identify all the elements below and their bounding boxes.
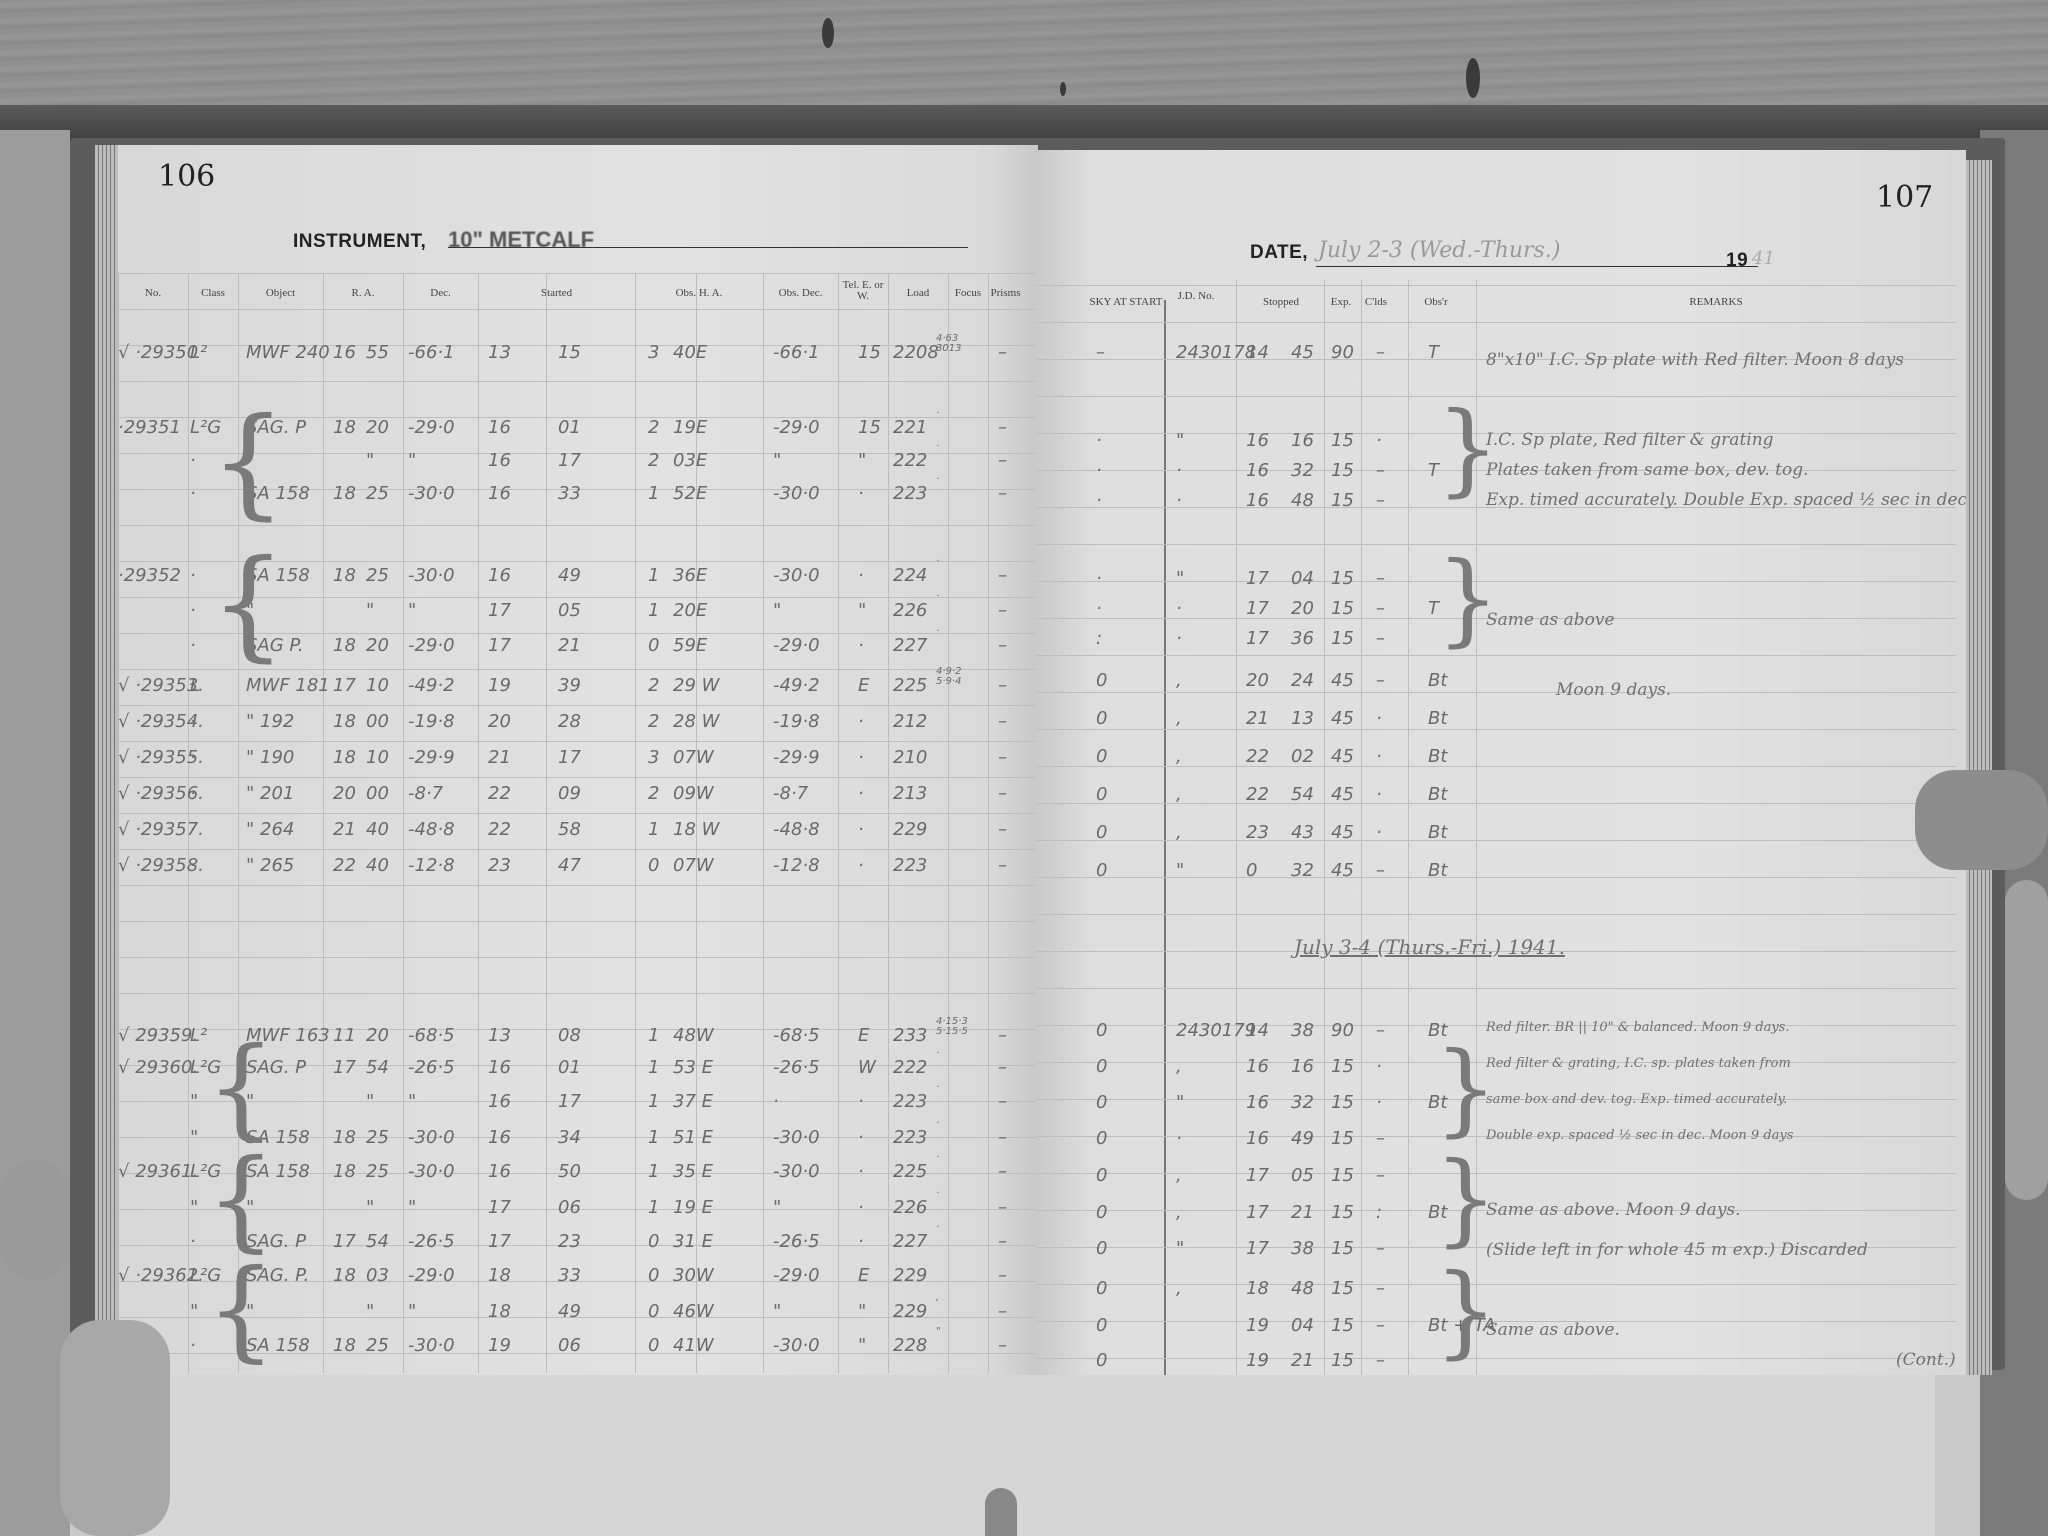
cell-ha-h: 1 [648,565,659,586]
cell-ha-m: 37 E [673,1091,713,1112]
cell-st-h: 13 [488,1025,511,1046]
cell-ha-m: 19E [673,417,707,438]
cell-obsr: Bt [1428,708,1447,729]
cell-prisms: – [998,565,1007,586]
year-prefix: 19 [1726,250,1748,272]
cell-exp: 45 [1331,784,1354,805]
column-header: Started [478,288,635,299]
cell-no: ·29352 [118,565,181,586]
cell-clds: – [1376,1128,1385,1149]
cell-clds: · [1376,746,1382,767]
cell-ra-h: 22 [333,855,356,876]
cell-clds: – [1376,1278,1385,1299]
cell-sp-m: 05 [1291,1165,1314,1186]
cell-sp-m: 32 [1291,860,1314,881]
cell-class: · [190,819,196,840]
group-brace: } [1436,540,1500,657]
cell-clds: – [1376,1165,1385,1186]
grid-line [1036,840,1956,841]
cell-prisms: – [998,1265,1007,1286]
cell-st-m: 58 [558,819,581,840]
cell-sp-m: 20 [1291,598,1314,619]
grid-line [118,381,1038,382]
cell-obsr: Bt [1428,822,1447,843]
cell-ra-m: 25 [366,1161,389,1182]
cell-tel: E [858,1265,869,1286]
cell-tel: · [858,819,864,840]
cell-dec: -8·7 [408,783,443,804]
cell-st-m: 09 [558,783,581,804]
cell-prisms: – [998,342,1007,363]
cell-focus: · [936,1049,976,1059]
column-header: Exp. [1326,296,1356,308]
cell-load: 228 [893,1335,927,1356]
cell-ha-m: 35 E [673,1161,713,1182]
grid-line [838,273,839,1373]
grid-line [1036,803,1956,804]
group-brace: { [210,393,286,532]
cell-st-m: 08 [558,1025,581,1046]
cell-ha-h: 0 [648,1265,659,1286]
cell-exp: 15 [1331,1238,1354,1259]
cell-obsr: Bt [1428,670,1447,691]
remark-line: Same as above [1486,610,1615,630]
cell-jd: · [1176,460,1182,481]
cell-clds: · [1376,822,1382,843]
cell-obs-dec: -48·8 [773,819,820,840]
cell-st-m: 34 [558,1127,581,1148]
cell-dec: " [408,600,416,621]
cell-tel: · [858,855,864,876]
column-header: Tel. E. or W. [838,280,888,302]
grid-line [1036,692,1956,693]
cell-tel: " [858,600,866,621]
cell-class: · [190,747,196,768]
column-header: Dec. [403,288,478,299]
section-date: July 3-4 (Thurs.-Fri.) 1941. [1294,935,1565,959]
cell-load: 212 [893,711,927,732]
cell-obs-dec: -26·5 [773,1231,820,1252]
cell-st-h: 16 [488,1057,511,1078]
cell-sky: : [1096,628,1102,649]
cell-ra-m: 03 [366,1265,389,1286]
cell-ra-h: 21 [333,819,356,840]
cell-ra-m: " [366,600,374,621]
column-header: J.D. No. [1156,290,1236,302]
cell-tel: " [858,1301,866,1322]
cell-sky: – [1096,342,1105,363]
cell-sp-m: 38 [1291,1238,1314,1259]
cell-st-h: 21 [488,747,511,768]
cell-ha-m: 51 E [673,1127,713,1148]
cell-st-h: 17 [488,1231,511,1252]
cell-jd: 2430178 [1176,342,1256,363]
cell-obs-dec: -68·5 [773,1025,820,1046]
cell-jd: · [1176,490,1182,511]
cell-obs-dec: " [773,450,781,471]
cell-tel: · [858,1091,864,1112]
cell-ra-m: 25 [366,565,389,586]
cell-tel: · [858,1161,864,1182]
cell-tel: · [858,783,864,804]
cell-clds: – [1376,568,1385,589]
grid-line [546,273,547,1373]
cell-sky: · [1096,598,1102,619]
cell-sp-h: 17 [1246,1202,1269,1223]
cell-focus: 4·15·3 5·15·5 [936,1017,976,1037]
page-number: 106 [158,159,215,194]
cell-class: · [190,855,196,876]
cell-obsr: Bt [1428,784,1447,805]
cell-dec: -26·5 [408,1057,455,1078]
cell-dec: -29·0 [408,635,455,656]
cell-jd: " [1176,1092,1184,1113]
cell-exp: 15 [1331,1056,1354,1077]
page-number: 107 [1876,180,1933,215]
cell-load: 227 [893,1231,927,1252]
cell-ha-m: 48W [673,1025,714,1046]
cell-clds: – [1376,628,1385,649]
cell-prisms: – [998,635,1007,656]
cell-obs-dec: -30·0 [773,1161,820,1182]
cell-focus: · [936,1223,976,1233]
cell-exp: 15 [1331,430,1354,451]
cell-exp: 15 [1331,1165,1354,1186]
cell-tel: " [858,450,866,471]
cell-obs-dec: " [773,1197,781,1218]
cell-sp-h: 16 [1246,430,1269,451]
grid-line [1036,285,1956,286]
cell-sp-h: 21 [1246,708,1269,729]
cell-prisms: – [998,483,1007,504]
cell-exp: 45 [1331,822,1354,843]
cell-st-m: 06 [558,1197,581,1218]
cell-clds: · [1376,708,1382,729]
cell-load: 222 [893,1057,927,1078]
cell-load: 223 [893,1091,927,1112]
cell-sp-h: 17 [1246,1165,1269,1186]
cell-class: · [190,711,196,732]
group-brace: } [1434,1140,1498,1257]
grid-line [1036,322,1956,323]
cell-dec: -26·5 [408,1231,455,1252]
grid-line [1036,729,1956,730]
cell-dec: -30·0 [408,565,455,586]
cell-class: · [190,600,196,621]
cell-prisms: – [998,1057,1007,1078]
cell-st-h: 17 [488,1197,511,1218]
cell-prisms: – [998,855,1007,876]
cell-ha-m: 46W [673,1301,714,1322]
cell-sp-h: 22 [1246,746,1269,767]
cell-st-m: 33 [558,483,581,504]
cell-ha-h: 2 [648,783,659,804]
instrument-underline [448,247,968,248]
cell-obs-dec: -30·0 [773,483,820,504]
cell-ha-m: 36E [673,565,707,586]
cell-focus: · [936,1083,976,1093]
cell-ra-h: 20 [333,783,356,804]
cell-prisms: – [998,1025,1007,1046]
cell-prisms: – [998,1127,1007,1148]
cell-ha-h: 0 [648,1231,659,1252]
cell-ha-m: 03E [673,450,707,471]
cell-st-h: 23 [488,855,511,876]
left-hand-thumb [60,1320,170,1536]
column-header: Load [888,288,948,299]
cell-dec: -49·2 [408,675,455,696]
cell-class: L [190,675,200,696]
cell-st-h: 16 [488,450,511,471]
cell-clds: · [1376,784,1382,805]
cell-obs-dec: -19·8 [773,711,820,732]
cell-jd: , [1176,784,1182,805]
remark-line: same box and dev. tog. Exp. timed accura… [1486,1092,1787,1107]
cell-obs-dec: -30·0 [773,1127,820,1148]
cell-ha-m: 30W [673,1265,714,1286]
cell-prisms: – [998,711,1007,732]
cell-jd: , [1176,1056,1182,1077]
date-label: DATE, [1250,242,1308,264]
cell-sp-m: 21 [1291,1350,1314,1371]
cell-st-m: 39 [558,675,581,696]
cell-st-m: 28 [558,711,581,732]
cell-st-h: 18 [488,1265,511,1286]
cell-object: " 190 [246,747,294,768]
cell-class: · [190,1335,196,1356]
cell-jd: , [1176,746,1182,767]
grid-line [403,273,404,1373]
cell-ha-h: 1 [648,819,659,840]
cell-ra-m: 40 [366,819,389,840]
cell-st-m: 49 [558,565,581,586]
cell-sp-h: 0 [1246,860,1257,881]
cell-ha-m: 07W [673,747,714,768]
cell-st-h: 16 [488,1127,511,1148]
cell-exp: 15 [1331,628,1354,649]
cell-sky: 0 [1096,1020,1107,1041]
column-header: REMARKS [1476,296,1956,308]
cell-load: 225 [893,675,927,696]
cell-st-h: 16 [488,1091,511,1112]
background-left [0,130,70,1536]
grid-line [323,273,324,1373]
cell-exp: 15 [1331,490,1354,511]
cell-ra-h: 11 [333,1025,356,1046]
cell-class: · [190,1231,196,1252]
cell-prisms: – [998,1091,1007,1112]
cell-ra-m: 55 [366,342,389,363]
cell-ra-m: " [366,450,374,471]
cell-st-m: 01 [558,417,581,438]
cell-sp-h: 17 [1246,598,1269,619]
remark-line: Same as above. [1486,1320,1620,1340]
cell-prisms: – [998,1197,1007,1218]
cell-exp: 15 [1331,1278,1354,1299]
cell-obs-dec: -12·8 [773,855,820,876]
cell-tel: · [858,565,864,586]
cell-st-h: 16 [488,483,511,504]
cell-sky: 0 [1096,1092,1107,1113]
cell-ra-h: 18 [333,483,356,504]
cell-clds: – [1376,598,1385,619]
grid-line [118,813,1038,814]
cell-class: " [190,1197,198,1218]
cell-object: " 265 [246,855,294,876]
cell-prisms: – [998,819,1007,840]
cell-exp: 15 [1331,1350,1354,1371]
cell-ra-m: 00 [366,711,389,732]
cell-st-m: 21 [558,635,581,656]
cell-sky: 0 [1096,1238,1107,1259]
cell-sp-m: 49 [1291,1128,1314,1149]
cell-sky: 0 [1096,822,1107,843]
right-hand-thumb [1915,770,2048,870]
cell-ha-h: 0 [648,855,659,876]
cell-tel: · [858,711,864,732]
cell-focus: · [936,627,976,637]
cell-dec: -29·9 [408,747,455,768]
cell-ra-h: 18 [333,635,356,656]
grid-line [988,273,989,1373]
cell-dec: " [408,1197,416,1218]
cell-sp-h: 14 [1246,1020,1269,1041]
cell-ra-m: 10 [366,675,389,696]
grid-line [118,777,1038,778]
cell-sp-h: 18 [1246,1278,1269,1299]
grid-line [118,957,1038,958]
grid-line [118,993,1038,994]
cell-focus: · [936,409,976,419]
cell-obs-dec: -8·7 [773,783,808,804]
cell-tel: · [858,1197,864,1218]
cell-exp: 45 [1331,670,1354,691]
cell-class: L² [190,342,207,363]
cell-sp-h: 14 [1246,342,1269,363]
cell-ra-m: " [366,1301,374,1322]
cell-dec: -30·0 [408,1127,455,1148]
cell-sky: 0 [1096,860,1107,881]
cell-class: L² [190,1025,207,1046]
cell-tel: 15 [858,342,881,363]
cell-ra-m: 25 [366,483,389,504]
cell-tel: " [858,1335,866,1356]
grid-line [1036,877,1956,878]
cell-exp: 45 [1331,708,1354,729]
cell-tel: · [858,747,864,768]
cell-sp-m: 54 [1291,784,1314,805]
remark-line: Same as above. Moon 9 days. [1486,1200,1741,1220]
cell-st-h: 17 [488,635,511,656]
cell-jd: , [1176,1165,1182,1186]
left-hand-finger [0,1160,70,1280]
cell-obsr: T [1428,342,1439,363]
cell-no: √ 29361. [118,1161,198,1182]
cell-dec: -30·0 [408,1161,455,1182]
cell-class: · [190,783,196,804]
group-brace: { [206,1245,276,1373]
cell-focus: 4·63 3013 [936,334,976,354]
cell-ha-h: 1 [648,1127,659,1148]
column-header: Obs. H. A. [635,288,763,299]
cell-ha-m: 53 E [673,1057,713,1078]
cell-jd: , [1176,670,1182,691]
cell-sp-h: 16 [1246,490,1269,511]
cell-exp: 15 [1331,568,1354,589]
cell-st-m: 50 [558,1161,581,1182]
cell-st-h: 22 [488,819,511,840]
cell-ra-h: 16 [333,342,356,363]
cell-ha-h: 0 [648,1301,659,1322]
cell-ha-h: 1 [648,483,659,504]
cell-sp-h: 16 [1246,1056,1269,1077]
cell-sp-m: 16 [1291,1056,1314,1077]
cell-sp-h: 17 [1246,628,1269,649]
cell-ra-h: 18 [333,1335,356,1356]
cell-prisms: – [998,1301,1007,1322]
cell-ha-m: 29 W [673,675,719,696]
cell-obs-dec: · [773,1091,779,1112]
wood-knot [1466,58,1480,98]
remark-line: (Slide left in for whole 45 m exp.) Disc… [1486,1240,1868,1260]
cell-ra-m: " [366,1091,374,1112]
cell-focus: · [936,557,976,567]
cell-sp-h: 19 [1246,1350,1269,1371]
cell-ha-h: 1 [648,1025,659,1046]
cell-jd: · [1176,1128,1182,1149]
left-page: 106 INSTRUMENT, 10" METCALF No.ClassObje… [118,145,1038,1375]
page-edges-right [1966,160,1992,1375]
cell-class: " [190,1301,198,1322]
wood-knot [822,18,834,48]
cell-prisms: – [998,1231,1007,1252]
grid-line [1036,988,1956,989]
column-header: R. A. [323,288,403,299]
cell-sky: 0 [1096,1278,1107,1299]
cell-sp-m: 48 [1291,1278,1314,1299]
remark-line: Moon 9 days. [1556,680,1671,700]
cell-jd: · [1176,598,1182,619]
cell-sp-h: 17 [1246,568,1269,589]
cell-ra-m: " [366,1197,374,1218]
cell-st-m: 05 [558,600,581,621]
cell-ha-m: 31 E [673,1231,713,1252]
cell-load: 210 [893,747,927,768]
cell-sky: 0 [1096,1202,1107,1223]
cell-dec: -12·8 [408,855,455,876]
cell-ra-h: 17 [333,1231,356,1252]
cell-exp: 90 [1331,342,1354,363]
group-brace: } [1434,1252,1498,1369]
cell-dec: -66·1 [408,342,455,363]
cell-dec: -29·0 [408,1265,455,1286]
year-suffix: 41 [1752,248,1775,269]
cell-sky: 0 [1096,1350,1107,1371]
cell-load: 223 [893,483,927,504]
cell-class: · [190,565,196,586]
cell-sp-m: 48 [1291,490,1314,511]
cell-sp-m: 38 [1291,1020,1314,1041]
cell-ra-m: 20 [366,417,389,438]
cell-exp: 15 [1331,598,1354,619]
cell-load: 229 [893,1265,927,1286]
cell-prisms: – [998,1161,1007,1182]
cell-no: √ ·29350 [118,342,198,363]
cell-clds: – [1376,342,1385,363]
group-brace: } [1434,1030,1498,1147]
cell-exp: 15 [1331,1202,1354,1223]
cell-exp: 15 [1331,460,1354,481]
